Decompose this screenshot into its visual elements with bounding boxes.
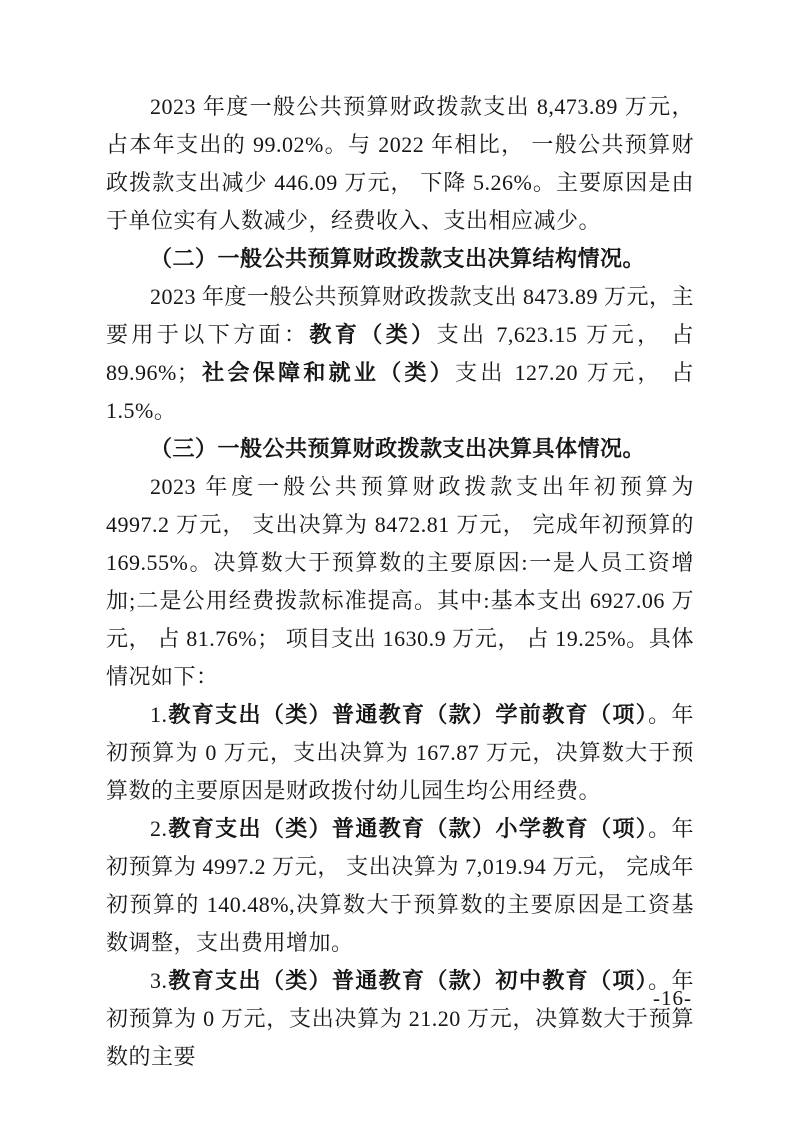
document-page: 2023 年度一般公共预算财政拨款支出 8,473.89 万元， 占本年支出的 …	[0, 0, 793, 1122]
page-content: 2023 年度一般公共预算财政拨款支出 8,473.89 万元， 占本年支出的 …	[106, 88, 694, 1076]
page-number: -16-	[653, 986, 692, 1011]
para-item-1-segment-1: 教育支出（类）普通教育（款）学前教育（项）	[168, 702, 649, 727]
para-item-1: 1.教育支出（类）普通教育（款）学前教育（项）。年初预算为 0 万元，支出决算为…	[106, 696, 694, 810]
para-item-1-segment-0: 1.	[150, 702, 168, 727]
heading-section-2: （二）一般公共预算财政拨款支出决算结构情况。	[106, 240, 694, 278]
heading-section-3-segment-0: （三）一般公共预算财政拨款支出决算具体情况。	[150, 436, 645, 461]
para-item-3-segment-0: 3.	[150, 968, 168, 993]
para-detail-overview: 2023 年度一般公共预算财政拨款支出年初预算为 4997.2 万元， 支出决算…	[106, 468, 694, 696]
para-item-2: 2.教育支出（类）普通教育（款）小学教育（项）。年初预算为 4997.2 万元，…	[106, 810, 694, 962]
para-item-3: 3.教育支出（类）普通教育（款）初中教育（项）。年初预算为 0 万元，支出决算为…	[106, 962, 694, 1076]
para-budget-overview-segment-0: 2023 年度一般公共预算财政拨款支出 8,473.89 万元， 占本年支出的 …	[106, 94, 694, 233]
heading-section-2-segment-0: （二）一般公共预算财政拨款支出决算结构情况。	[150, 246, 645, 271]
para-detail-overview-segment-0: 2023 年度一般公共预算财政拨款支出年初预算为 4997.2 万元， 支出决算…	[106, 474, 694, 689]
para-structure-segment-3: 社会保障和就业（类）	[199, 360, 455, 385]
para-budget-overview: 2023 年度一般公共预算财政拨款支出 8,473.89 万元， 占本年支出的 …	[106, 88, 694, 240]
heading-section-3: （三）一般公共预算财政拨款支出决算具体情况。	[106, 430, 694, 468]
para-item-2-segment-1: 教育支出（类）普通教育（款）小学教育（项）	[168, 816, 649, 841]
para-structure: 2023 年度一般公共预算财政拨款支出 8473.89 万元，主要用于以下方面：…	[106, 278, 694, 430]
para-item-2-segment-0: 2.	[150, 816, 168, 841]
para-structure-segment-1: 教育（类）	[309, 322, 436, 347]
para-item-3-segment-1: 教育支出（类）普通教育（款）初中教育（项）	[168, 968, 649, 993]
